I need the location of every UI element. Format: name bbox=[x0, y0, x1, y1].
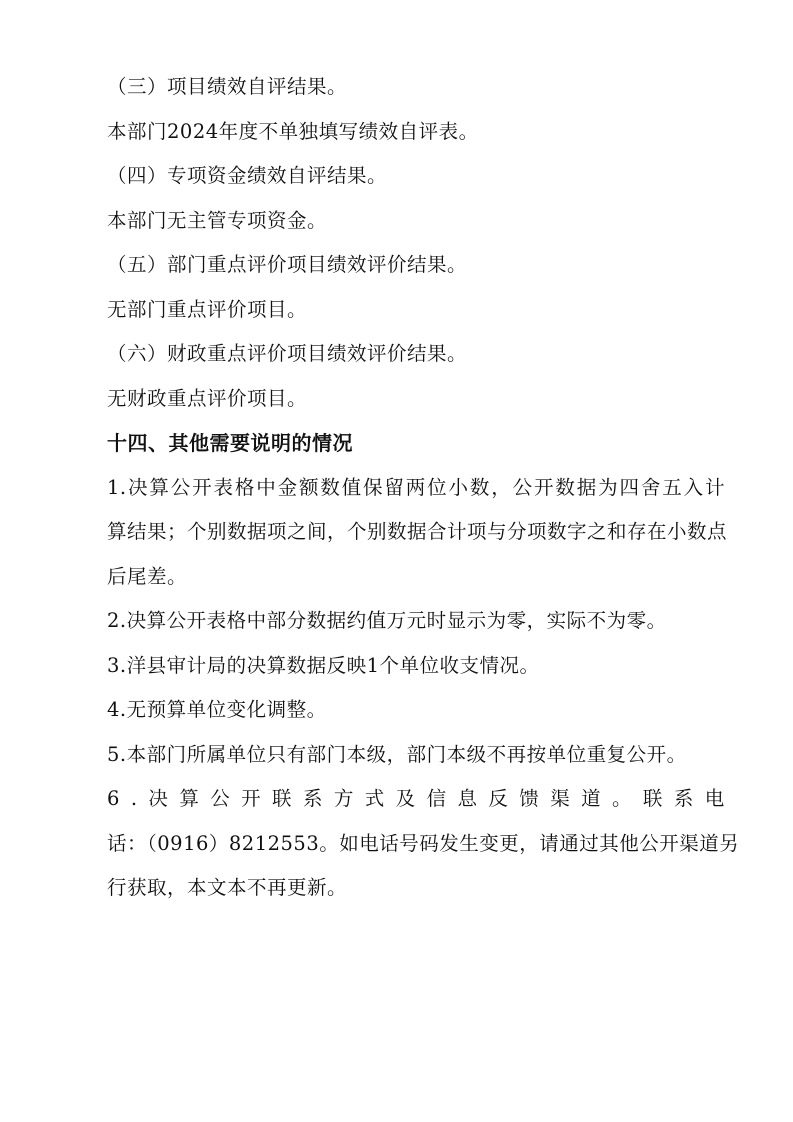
section-5-title: （五）部门重点评价项目绩效评价结果。 bbox=[107, 252, 467, 278]
section-5-body: 无部门重点评价项目。 bbox=[107, 297, 307, 323]
char: 式 bbox=[365, 786, 385, 812]
section-4-title: （四）专项资金绩效自评结果。 bbox=[107, 163, 387, 189]
item-1-line-2: 算结果；个别数据项之间，个别数据合计项与分项数字之和存在小数点 bbox=[107, 519, 725, 545]
char: 馈 bbox=[519, 786, 539, 812]
section-3-body: 本部门2024年度不单独填写绩效自评表。 bbox=[107, 119, 479, 145]
document-page: （三）项目绩效自评结果。 本部门2024年度不单独填写绩效自评表。 （四）专项资… bbox=[0, 0, 793, 1122]
item-1-line-1: 1.决算公开表格中金额数值保留两位小数，公开数据为四舍五入计 bbox=[107, 475, 725, 501]
item-3: 3.洋县审计局的决算数据反映1个单位收支情况。 bbox=[107, 653, 540, 679]
item-4: 4.无预算单位变化调整。 bbox=[107, 697, 327, 723]
char: 方 bbox=[334, 786, 354, 812]
char: 系 bbox=[303, 786, 323, 812]
char: 公 bbox=[210, 786, 230, 812]
char: 信 bbox=[427, 786, 447, 812]
char: 渠 bbox=[550, 786, 570, 812]
item-6-line-1: 6 . 决 算 公 开 联 系 方 式 及 信 息 反 馈 渠 道 。 联 系 … bbox=[107, 786, 725, 812]
char: 系 bbox=[674, 786, 694, 812]
item-5: 5.本部门所属单位只有部门本级，部门本级不再按单位重复公开。 bbox=[107, 742, 687, 768]
char: 联 bbox=[272, 786, 292, 812]
char: 决 bbox=[148, 786, 168, 812]
item-6-line-3: 行获取，本文本不再更新。 bbox=[107, 875, 347, 901]
char: 算 bbox=[179, 786, 199, 812]
item-1-line-3: 后尾差。 bbox=[107, 564, 187, 590]
section-3-title: （三）项目绩效自评结果。 bbox=[107, 74, 347, 100]
section-14-heading: 十四、其他需要说明的情况 bbox=[107, 430, 353, 456]
section-4-body: 本部门无主管专项资金。 bbox=[107, 208, 327, 234]
char: 6 bbox=[107, 786, 120, 812]
char: 联 bbox=[643, 786, 663, 812]
item-6-line-2: 话：（0916）8212553。如电话号码发生变更，请通过其他公开渠道另 bbox=[107, 831, 725, 857]
char: 反 bbox=[488, 786, 508, 812]
section-6-body: 无财政重点评价项目。 bbox=[107, 386, 307, 412]
item-2: 2.决算公开表格中部分数据约值万元时显示为零，实际不为零。 bbox=[107, 608, 667, 634]
char: 道 bbox=[581, 786, 601, 812]
char: 。 bbox=[612, 786, 632, 812]
char: 息 bbox=[457, 786, 477, 812]
char: 开 bbox=[241, 786, 261, 812]
char: 及 bbox=[396, 786, 416, 812]
char: . bbox=[131, 786, 138, 812]
section-6-title: （六）财政重点评价项目绩效评价结果。 bbox=[107, 341, 467, 367]
char: 电 bbox=[705, 786, 725, 812]
